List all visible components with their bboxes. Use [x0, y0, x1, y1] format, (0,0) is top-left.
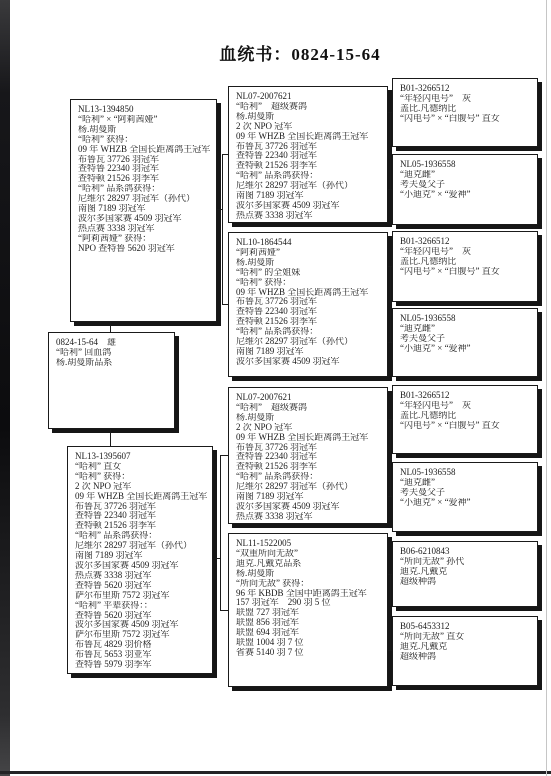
connector-line: [390, 266, 391, 343]
connector-line: [388, 419, 392, 420]
pedigree-box-granddam-p: NL10-1864544“阿莉茜娅”杨.胡曼斯“哈利” 的全姐妹“哈利” 获得：…: [228, 232, 388, 377]
connector-line: [220, 455, 228, 456]
box-text-subject: 0824-15-64 雄“哈利” 回血鸽杨.胡曼斯品系: [56, 338, 169, 368]
pedigree-box-g3-4: NL05-1936558“迪克雌”考夫曼父子“小迪克” × “爱神”: [392, 308, 538, 377]
pedigree-box-grandsire-m: NL07-2007621“哈利” 超级赛鸽杨.胡曼斯2 次 NPO 冠军09 年…: [228, 387, 388, 524]
connector-line: [222, 154, 228, 155]
connector-line: [222, 304, 228, 305]
box-text-g3-3: B01-3266512“年轻闪电号” 灰盖比.凡德纳比“闪电号” × “白腹号”…: [400, 237, 532, 277]
box-text-g3-7: B06-6210843“所向无敌” 孙代迪克.凡戴克超级种鸽: [400, 547, 532, 587]
box-text-granddam-p: NL10-1864544“阿莉茜娅”杨.胡曼斯“哈利” 的全姐妹“哈利” 获得：…: [236, 238, 382, 367]
connector-line: [388, 342, 392, 343]
box-text-g3-4: NL05-1936558“迪克雌”考夫曼父子“小迪克” × “爱神”: [400, 314, 532, 354]
box-text-mother: NL13-1395607“哈利” 直女“哈利” 获得：2 次 NPO 冠军09 …: [75, 452, 207, 670]
box-text-granddam-m: NL11-1522005“双重所向无敌”迪克.凡戴克品系杨.胡曼斯“所向无敌” …: [236, 539, 382, 658]
scan-edge-right: [546, 0, 547, 776]
box-text-grandsire-m: NL07-2007621“哈利” 超级赛鸽杨.胡曼斯2 次 NPO 冠军09 年…: [236, 393, 382, 522]
connector-line: [388, 650, 392, 651]
box-text-g3-8: B05-6453312“所向无敌” 直女迪克.凡戴克超级种鸽: [400, 622, 532, 662]
connector-line: [388, 266, 392, 267]
pedigree-box-granddam-m: NL11-1522005“双重所向无敌”迪克.凡戴克品系杨.胡曼斯“所向无敌” …: [228, 533, 388, 687]
box-text-g3-5: B01-3266512“年轻闪电号” 灰盖比.凡德纳比“闪电号” × “白腹号”…: [400, 391, 532, 431]
connector-line: [213, 558, 220, 559]
box-text-grandsire-p: NL07-2007621“哈利” 超级赛鸽杨.胡曼斯2 次 NPO 冠军09 年…: [236, 92, 382, 221]
pedigree-box-g3-3: B01-3266512“年轻闪电号” 灰盖比.凡德纳比“闪电号” × “白腹号”…: [392, 231, 538, 302]
pedigree-box-father: NL13-1394850“哈利” × “阿莉茜娅”杨.胡曼斯“哈利” 获得：09…: [70, 99, 217, 322]
connector-line: [220, 455, 221, 611]
pedigree-box-grandsire-p: NL07-2007621“哈利” 超级赛鸽杨.胡曼斯2 次 NPO 冠军09 年…: [228, 86, 388, 223]
connector-line: [222, 154, 223, 305]
connector-line: [390, 419, 391, 497]
box-text-g3-1: B01-3266512“年轻闪电号” 灰盖比.凡德纳比“闪电号” × “白腹号”…: [400, 84, 532, 124]
connector-line: [110, 322, 111, 332]
connector-line: [388, 112, 392, 113]
pedigree-box-g3-7: B06-6210843“所向无敌” 孙代迪克.凡戴克超级种鸽: [392, 541, 538, 607]
connector-line: [388, 189, 392, 190]
pedigree-box-g3-5: B01-3266512“年轻闪电号” 灰盖比.凡德纳比“闪电号” × “白腹号”…: [392, 385, 538, 454]
page-title: 血统书：0824-15-64: [60, 40, 540, 65]
connector-line: [388, 574, 392, 575]
connector-line: [390, 112, 391, 190]
box-text-father: NL13-1394850“哈利” × “阿莉茜娅”杨.胡曼斯“哈利” 获得：09…: [78, 105, 211, 254]
box-text-g3-2: NL05-1936558“迪克雌”考夫曼父子“小迪克” × “爱神”: [400, 160, 532, 200]
pedigree-box-mother: NL13-1395607“哈利” 直女“哈利” 获得：2 次 NPO 冠军09 …: [67, 446, 213, 674]
pedigree-box-g3-1: B01-3266512“年轻闪电号” 灰盖比.凡德纳比“闪电号” × “白腹号”…: [392, 78, 538, 147]
pedigree-box-g3-8: B05-6453312“所向无敌” 直女迪克.凡戴克超级种鸽: [392, 616, 538, 686]
connector-line: [110, 429, 111, 446]
pedigree-box-g3-2: NL05-1936558“迪克雌”考夫曼父子“小迪克” × “爱神”: [392, 154, 538, 225]
connector-line: [388, 496, 392, 497]
box-text-g3-6: NL05-1936558“迪克雌”考夫曼父子“小迪克” × “爱神”: [400, 468, 532, 508]
connector-line: [220, 610, 228, 611]
pedigree-box-g3-6: NL05-1936558“迪克雌”考夫曼父子“小迪克” × “爱神”: [392, 462, 538, 532]
connector-line: [390, 574, 391, 651]
scan-edge-bottom: [0, 771, 551, 774]
pedigree-box-subject: 0824-15-64 雄“哈利” 回血鸽杨.胡曼斯品系: [48, 332, 175, 429]
scan-edge-left: [0, 0, 10, 776]
